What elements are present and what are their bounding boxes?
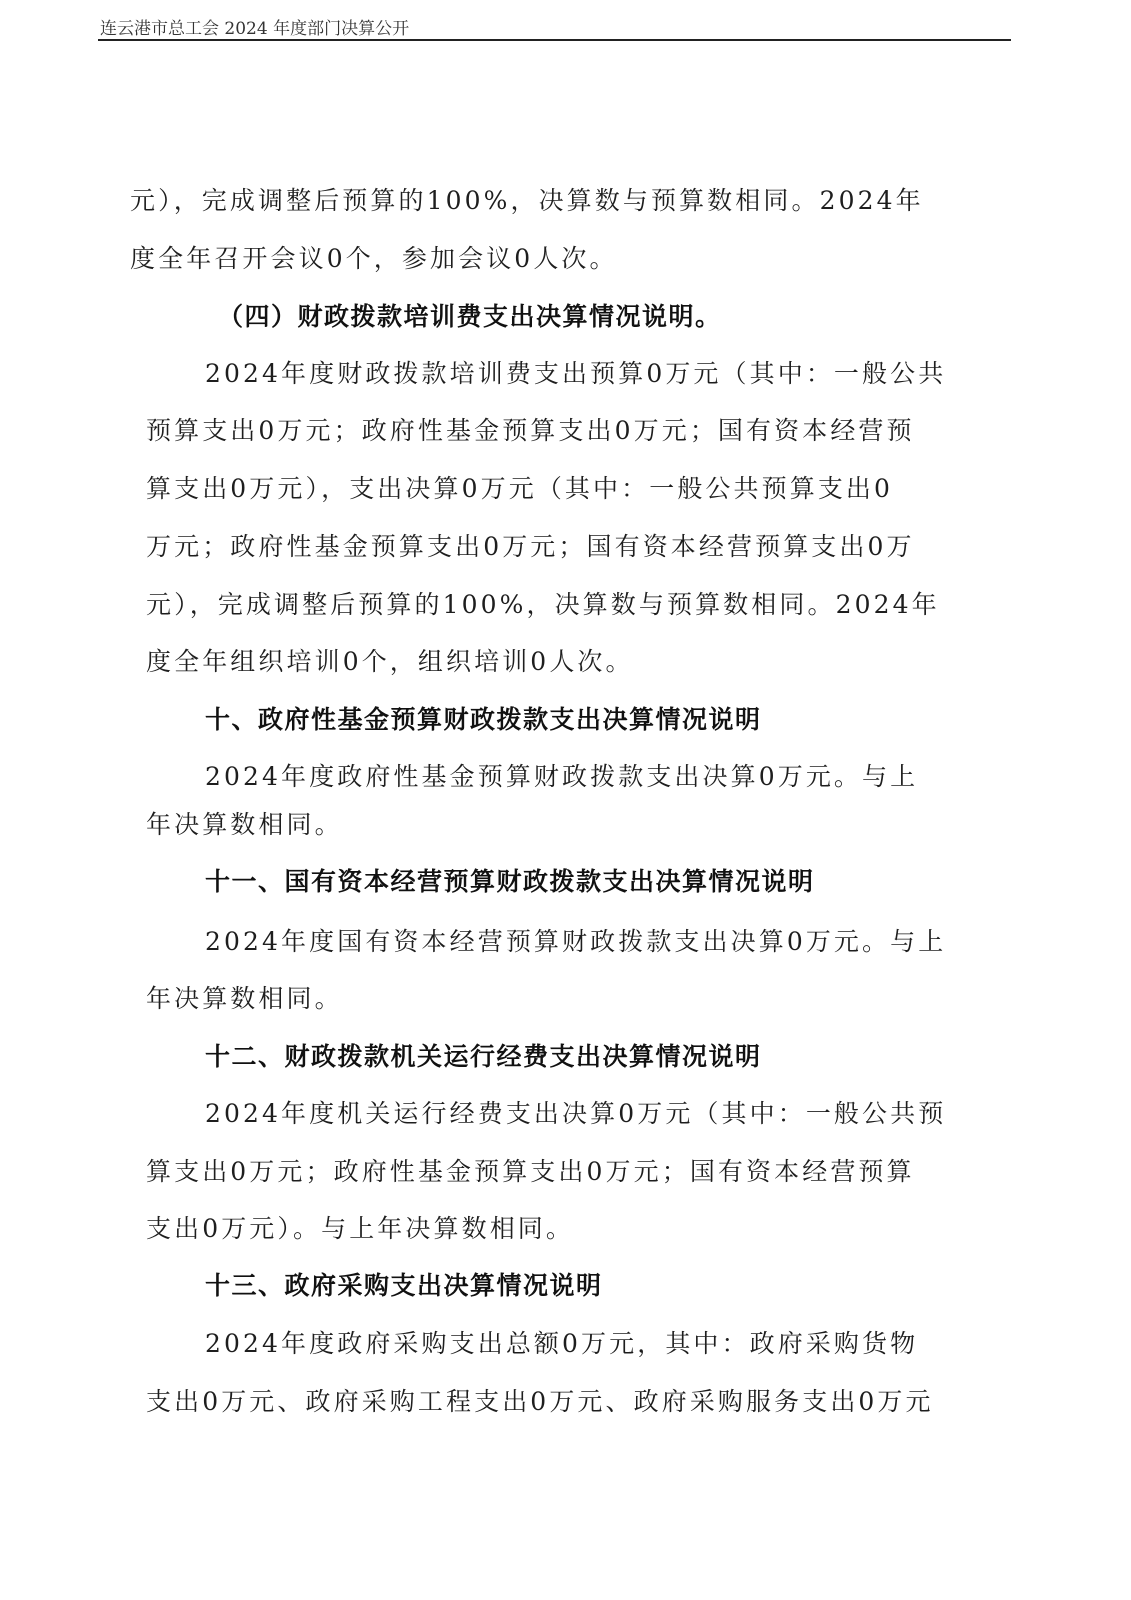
paragraph-line: 算支出0万元；政府性基金预算支出0万元；国有资本经营预算 xyxy=(146,1152,915,1188)
paragraph-line: 元），完成调整后预算的100%，决算数与预算数相同。2024年 xyxy=(146,585,940,621)
header-title: 连云港市总工会 2024 年度部门决算公开 xyxy=(100,14,409,39)
section-heading: （四）财政拨款培训费支出决算情况说明。 xyxy=(218,297,722,333)
paragraph-line: 年决算数相同。 xyxy=(146,805,343,841)
paragraph-line: 预算支出0万元；政府性基金预算支出0万元；国有资本经营预 xyxy=(146,411,915,447)
paragraph-line: 2024年度政府性基金预算财政拨款支出决算0万元。与上 xyxy=(205,757,918,793)
paragraph-line: 支出0万元）。与上年决算数相同。 xyxy=(146,1209,574,1245)
section-heading: 十一、国有资本经营预算财政拨款支出决算情况说明 xyxy=(205,862,815,898)
header-divider xyxy=(98,39,1011,41)
section-heading: 十二、财政拨款机关运行经费支出决算情况说明 xyxy=(205,1037,762,1073)
paragraph-line: 年决算数相同。 xyxy=(146,979,343,1015)
paragraph-line: 元），完成调整后预算的100%，决算数与预算数相同。2024年 xyxy=(130,181,924,217)
paragraph-line: 度全年组织培训0个，组织培训0人次。 xyxy=(146,642,634,678)
paragraph-line: 2024年度国有资本经营预算财政拨款支出决算0万元。与上 xyxy=(205,922,946,958)
paragraph-line: 度全年召开会议0个，参加会议0人次。 xyxy=(130,239,618,275)
paragraph-line: 2024年度政府采购支出总额0万元，其中：政府采购货物 xyxy=(205,1324,918,1360)
paragraph-line: 万元；政府性基金预算支出0万元；国有资本经营预算支出0万 xyxy=(146,527,915,563)
paragraph-line: 支出0万元、政府采购工程支出0万元、政府采购服务支出0万元 xyxy=(146,1382,934,1418)
paragraph-line: 算支出0万元），支出决算0万元（其中：一般公共预算支出0 xyxy=(146,469,893,505)
paragraph-line: 2024年度机关运行经费支出决算0万元（其中：一般公共预 xyxy=(205,1094,946,1130)
section-heading: 十、政府性基金预算财政拨款支出决算情况说明 xyxy=(205,700,762,736)
paragraph-line: 2024年度财政拨款培训费支出预算0万元（其中：一般公共 xyxy=(205,354,946,390)
section-heading: 十三、政府采购支出决算情况说明 xyxy=(205,1266,603,1302)
